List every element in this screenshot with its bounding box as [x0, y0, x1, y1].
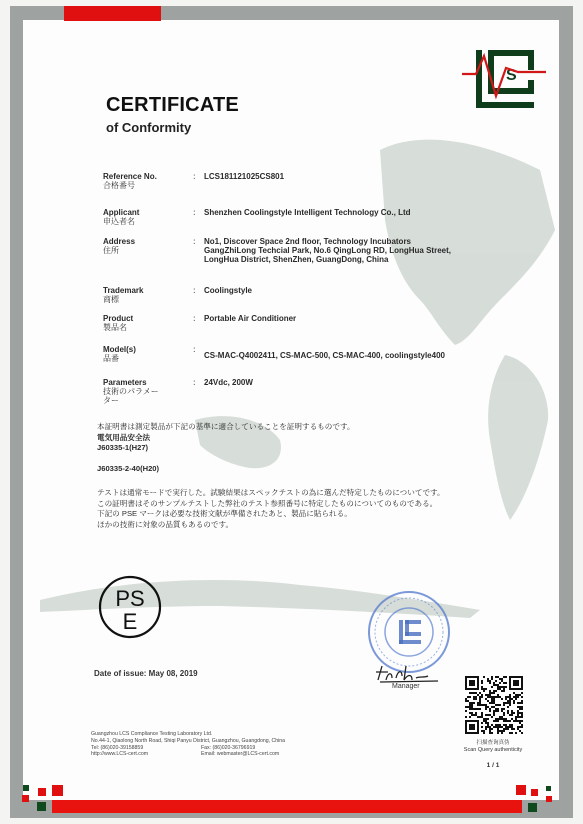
pse-mark-icon: PS E: [97, 574, 163, 640]
field-label-jp: 製品名: [103, 323, 193, 332]
field-label: Address: [103, 237, 135, 246]
field-label: Parameters: [103, 378, 147, 387]
qr-code[interactable]: [465, 676, 523, 734]
date-of-issue: Date of issue: May 08, 2019: [94, 669, 198, 678]
field-label: Trademark: [103, 286, 143, 295]
signature-title: Manager: [392, 683, 420, 690]
field-label: Product: [103, 314, 133, 323]
corner-square: [38, 788, 46, 796]
field-value: Portable Air Conditioner: [204, 314, 544, 323]
email-link[interactable]: Email: webmaster@LCS-cert.com: [201, 751, 279, 758]
corner-square: [528, 803, 537, 812]
corner-square: [22, 795, 29, 802]
field-value: Shenzhen Coolingstyle Intelligent Techno…: [204, 208, 544, 217]
field-label-jp: 品番: [103, 354, 193, 363]
corner-square: [546, 796, 552, 802]
corner-square: [531, 789, 538, 796]
field-value: LCS181121025CS801: [204, 172, 544, 181]
corner-square: [23, 785, 29, 791]
test-notes: テストは通常モードで実行した。試験結果はスペックテストの為に選んだ特定したものに…: [97, 488, 447, 530]
standard-1: J60335-1(H27): [97, 443, 427, 454]
field-value: 24Vdc, 200W: [204, 378, 544, 387]
top-red-band: [64, 6, 161, 21]
field-value: No1, Discover Space 2nd floor, Technolog…: [204, 237, 544, 264]
lcs-logo-icon: S: [462, 46, 546, 112]
field-label-jp: 商標: [103, 295, 193, 304]
field-value: CS-MAC-Q4002411, CS-MAC-500, CS-MAC-400,…: [204, 351, 544, 360]
field-label-jp: 申込者名: [103, 217, 193, 226]
svg-text:E: E: [123, 609, 138, 634]
field-value: Coolingstyle: [204, 286, 544, 295]
field-label: Applicant: [103, 208, 139, 217]
corner-square: [516, 785, 526, 795]
conformity-statement: 本証明書は測定製品が下記の基準に適合していることを証明するものです。 電気用品安…: [97, 422, 427, 454]
qr-caption: 扫描查询真伪 Scan Query authenticity: [448, 740, 538, 754]
field-label-jp: 住所: [103, 246, 193, 255]
field-label-jp: 合格番号: [103, 181, 193, 190]
corner-square: [52, 785, 63, 796]
field-label: Model(s): [103, 345, 136, 354]
page-number: 1 / 1: [448, 762, 538, 769]
certificate-subtitle: of Conformity: [106, 120, 191, 135]
corner-square: [37, 802, 46, 811]
lab-contact-footer: Guangzhou LCS Compliance Testing Laborat…: [91, 731, 285, 758]
standard-2: J60335-2-40(H20): [97, 464, 159, 475]
website-link[interactable]: http://www.LCS-cert.com: [91, 751, 148, 757]
field-label: Reference No.: [103, 172, 157, 181]
certificate-title: CERTIFICATE: [106, 94, 239, 117]
corner-square: [546, 786, 551, 791]
field-label-jp: 技術のパラメーター: [103, 387, 163, 405]
svg-text:PS: PS: [115, 586, 144, 611]
bottom-red-band: [52, 800, 522, 813]
